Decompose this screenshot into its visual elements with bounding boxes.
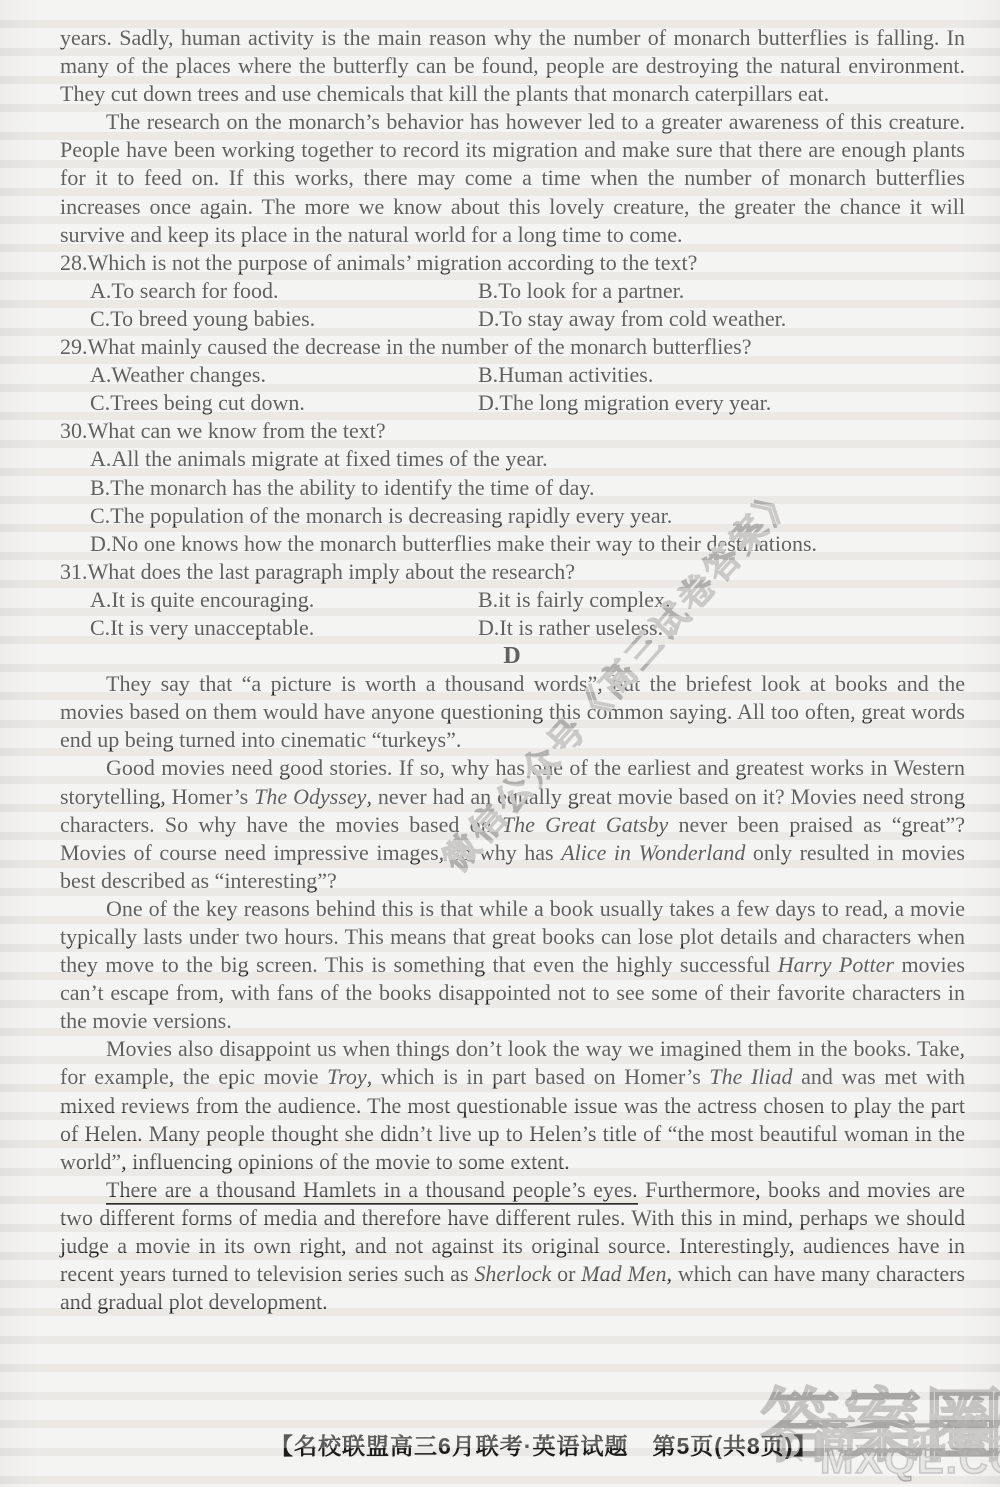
option-text: To look for a partner.	[498, 278, 684, 303]
passage-d-paragraph-3: One of the key reasons behind this is th…	[60, 895, 965, 1035]
question-number: 31.	[60, 559, 88, 584]
question-29-option-a: A.Weather changes.	[90, 361, 478, 389]
question-text: What can we know from the text?	[88, 418, 386, 443]
site-watermark-line1: 高三试卷答案	[812, 1400, 1000, 1464]
book-title-the-iliad: The Iliad	[709, 1064, 792, 1089]
question-31-option-c: C.It is very unacceptable.	[90, 614, 478, 642]
option-label: B.	[478, 587, 498, 612]
passage-d-paragraph-1: They say that “a picture is worth a thou…	[60, 670, 965, 754]
option-label: D.	[90, 531, 111, 556]
option-label: C.	[90, 390, 110, 415]
page-content: years. Sadly, human activity is the main…	[60, 24, 965, 1316]
question-29: 29.What mainly caused the decrease in th…	[60, 333, 965, 417]
question-28-options-row-2: C.To breed young babies. D.To stay away …	[60, 305, 965, 333]
book-title-harry-potter: Harry Potter	[778, 952, 894, 977]
option-text: Human activities.	[498, 362, 653, 387]
question-31-option-a: A.It is quite encouraging.	[90, 586, 478, 614]
site-watermark-line2: MXQE.COM	[820, 1438, 1000, 1483]
question-30-option-a: A.All the animals migrate at fixed times…	[60, 445, 965, 473]
book-title-the-odyssey: The Odyssey	[254, 784, 366, 809]
passage-c-continued-paragraph: years. Sadly, human activity is the main…	[60, 24, 965, 108]
question-text: What mainly caused the decrease in the n…	[88, 334, 752, 359]
exam-page: years. Sadly, human activity is the main…	[0, 0, 1000, 1487]
option-text: All the animals migrate at fixed times o…	[111, 446, 547, 471]
question-29-options-row-1: A.Weather changes. B.Human activities.	[60, 361, 965, 389]
option-label: A.	[90, 362, 111, 387]
page-footer: 【名校联盟高三6月联考·英语试题 第5页(共8页)】	[270, 1428, 817, 1461]
option-text: To stay away from cold weather.	[499, 306, 786, 331]
option-label: C.	[90, 615, 110, 640]
passage-c-research-paragraph: The research on the monarch’s behavior h…	[60, 108, 965, 248]
question-29-option-d: D.The long migration every year.	[478, 389, 965, 417]
paragraph-text: , which is in part based on Homer’s	[367, 1064, 710, 1089]
question-30-stem: 30.What can we know from the text?	[60, 417, 965, 445]
option-text: The population of the monarch is decreas…	[110, 503, 672, 528]
passage-d-paragraph-2: Good movies need good stories. If so, wh…	[60, 754, 965, 894]
option-label: D.	[478, 615, 499, 640]
option-label: A.	[90, 278, 111, 303]
option-text: No one knows how the monarch butterflies…	[111, 531, 817, 556]
paragraph-text: They say that “a picture is worth a thou…	[60, 671, 965, 752]
question-28-option-a: A.To search for food.	[90, 277, 478, 305]
question-31-options-row-2: C.It is very unacceptable. D.It is rathe…	[60, 614, 965, 642]
option-text: It is rather useless.	[499, 615, 663, 640]
movie-title-troy: Troy	[327, 1064, 367, 1089]
question-text: What does the last paragraph imply about…	[88, 559, 575, 584]
question-28: 28.Which is not the purpose of animals’ …	[60, 249, 965, 333]
option-text: To search for food.	[111, 278, 278, 303]
option-text: The monarch has the ability to identify …	[110, 475, 594, 500]
tv-title-mad-men: Mad Men	[581, 1261, 666, 1286]
question-30: 30.What can we know from the text? A.All…	[60, 417, 965, 557]
question-28-option-d: D.To stay away from cold weather.	[478, 305, 965, 333]
question-29-options-row-2: C.Trees being cut down. D.The long migra…	[60, 389, 965, 417]
option-text: It is quite encouraging.	[111, 587, 314, 612]
question-29-stem: 29.What mainly caused the decrease in th…	[60, 333, 965, 361]
underlined-sentence: There are a thousand Hamlets in a thousa…	[106, 1177, 638, 1205]
option-text: It is very unacceptable.	[110, 615, 314, 640]
option-text: The long migration every year.	[499, 390, 771, 415]
section-d-heading: D	[60, 642, 965, 670]
tv-title-sherlock: Sherlock	[474, 1261, 551, 1286]
option-label: B.	[478, 362, 498, 387]
option-label: A.	[90, 446, 111, 471]
question-number: 30.	[60, 418, 88, 443]
option-label: C.	[90, 503, 110, 528]
question-28-options-row-1: A.To search for food. B.To look for a pa…	[60, 277, 965, 305]
option-label: B.	[90, 475, 110, 500]
option-text: it is fairly complex.	[498, 587, 670, 612]
option-label: D.	[478, 306, 499, 331]
option-label: B.	[478, 278, 498, 303]
question-31-options-row-1: A.It is quite encouraging. B.it is fairl…	[60, 586, 965, 614]
option-label: C.	[90, 306, 110, 331]
question-30-option-b: B.The monarch has the ability to identif…	[60, 474, 965, 502]
question-text: Which is not the purpose of animals’ mig…	[88, 250, 698, 275]
question-number: 28.	[60, 250, 88, 275]
question-31: 31.What does the last paragraph imply ab…	[60, 558, 965, 642]
question-31-stem: 31.What does the last paragraph imply ab…	[60, 558, 965, 586]
passage-d-paragraph-5: There are a thousand Hamlets in a thousa…	[60, 1176, 965, 1316]
question-31-option-b: B.it is fairly complex.	[478, 586, 965, 614]
book-title-the-great-gatsby: The Great Gatsby	[502, 812, 668, 837]
question-31-option-d: D.It is rather useless.	[478, 614, 965, 642]
passage-d-paragraph-4: Movies also disappoint us when things do…	[60, 1035, 965, 1175]
question-28-option-c: C.To breed young babies.	[90, 305, 478, 333]
option-label: D.	[478, 390, 499, 415]
option-text: To breed young babies.	[110, 306, 315, 331]
question-29-option-b: B.Human activities.	[478, 361, 965, 389]
option-label: A.	[90, 587, 111, 612]
question-29-option-c: C.Trees being cut down.	[90, 389, 478, 417]
option-text: Trees being cut down.	[110, 390, 305, 415]
question-30-option-d: D.No one knows how the monarch butterfli…	[60, 530, 965, 558]
book-title-alice-in-wonderland: Alice in Wonderland	[561, 840, 745, 865]
question-28-stem: 28.Which is not the purpose of animals’ …	[60, 249, 965, 277]
paragraph-text: or	[551, 1261, 581, 1286]
question-28-option-b: B.To look for a partner.	[478, 277, 965, 305]
option-text: Weather changes.	[111, 362, 266, 387]
question-number: 29.	[60, 334, 88, 359]
question-30-option-c: C.The population of the monarch is decre…	[60, 502, 965, 530]
